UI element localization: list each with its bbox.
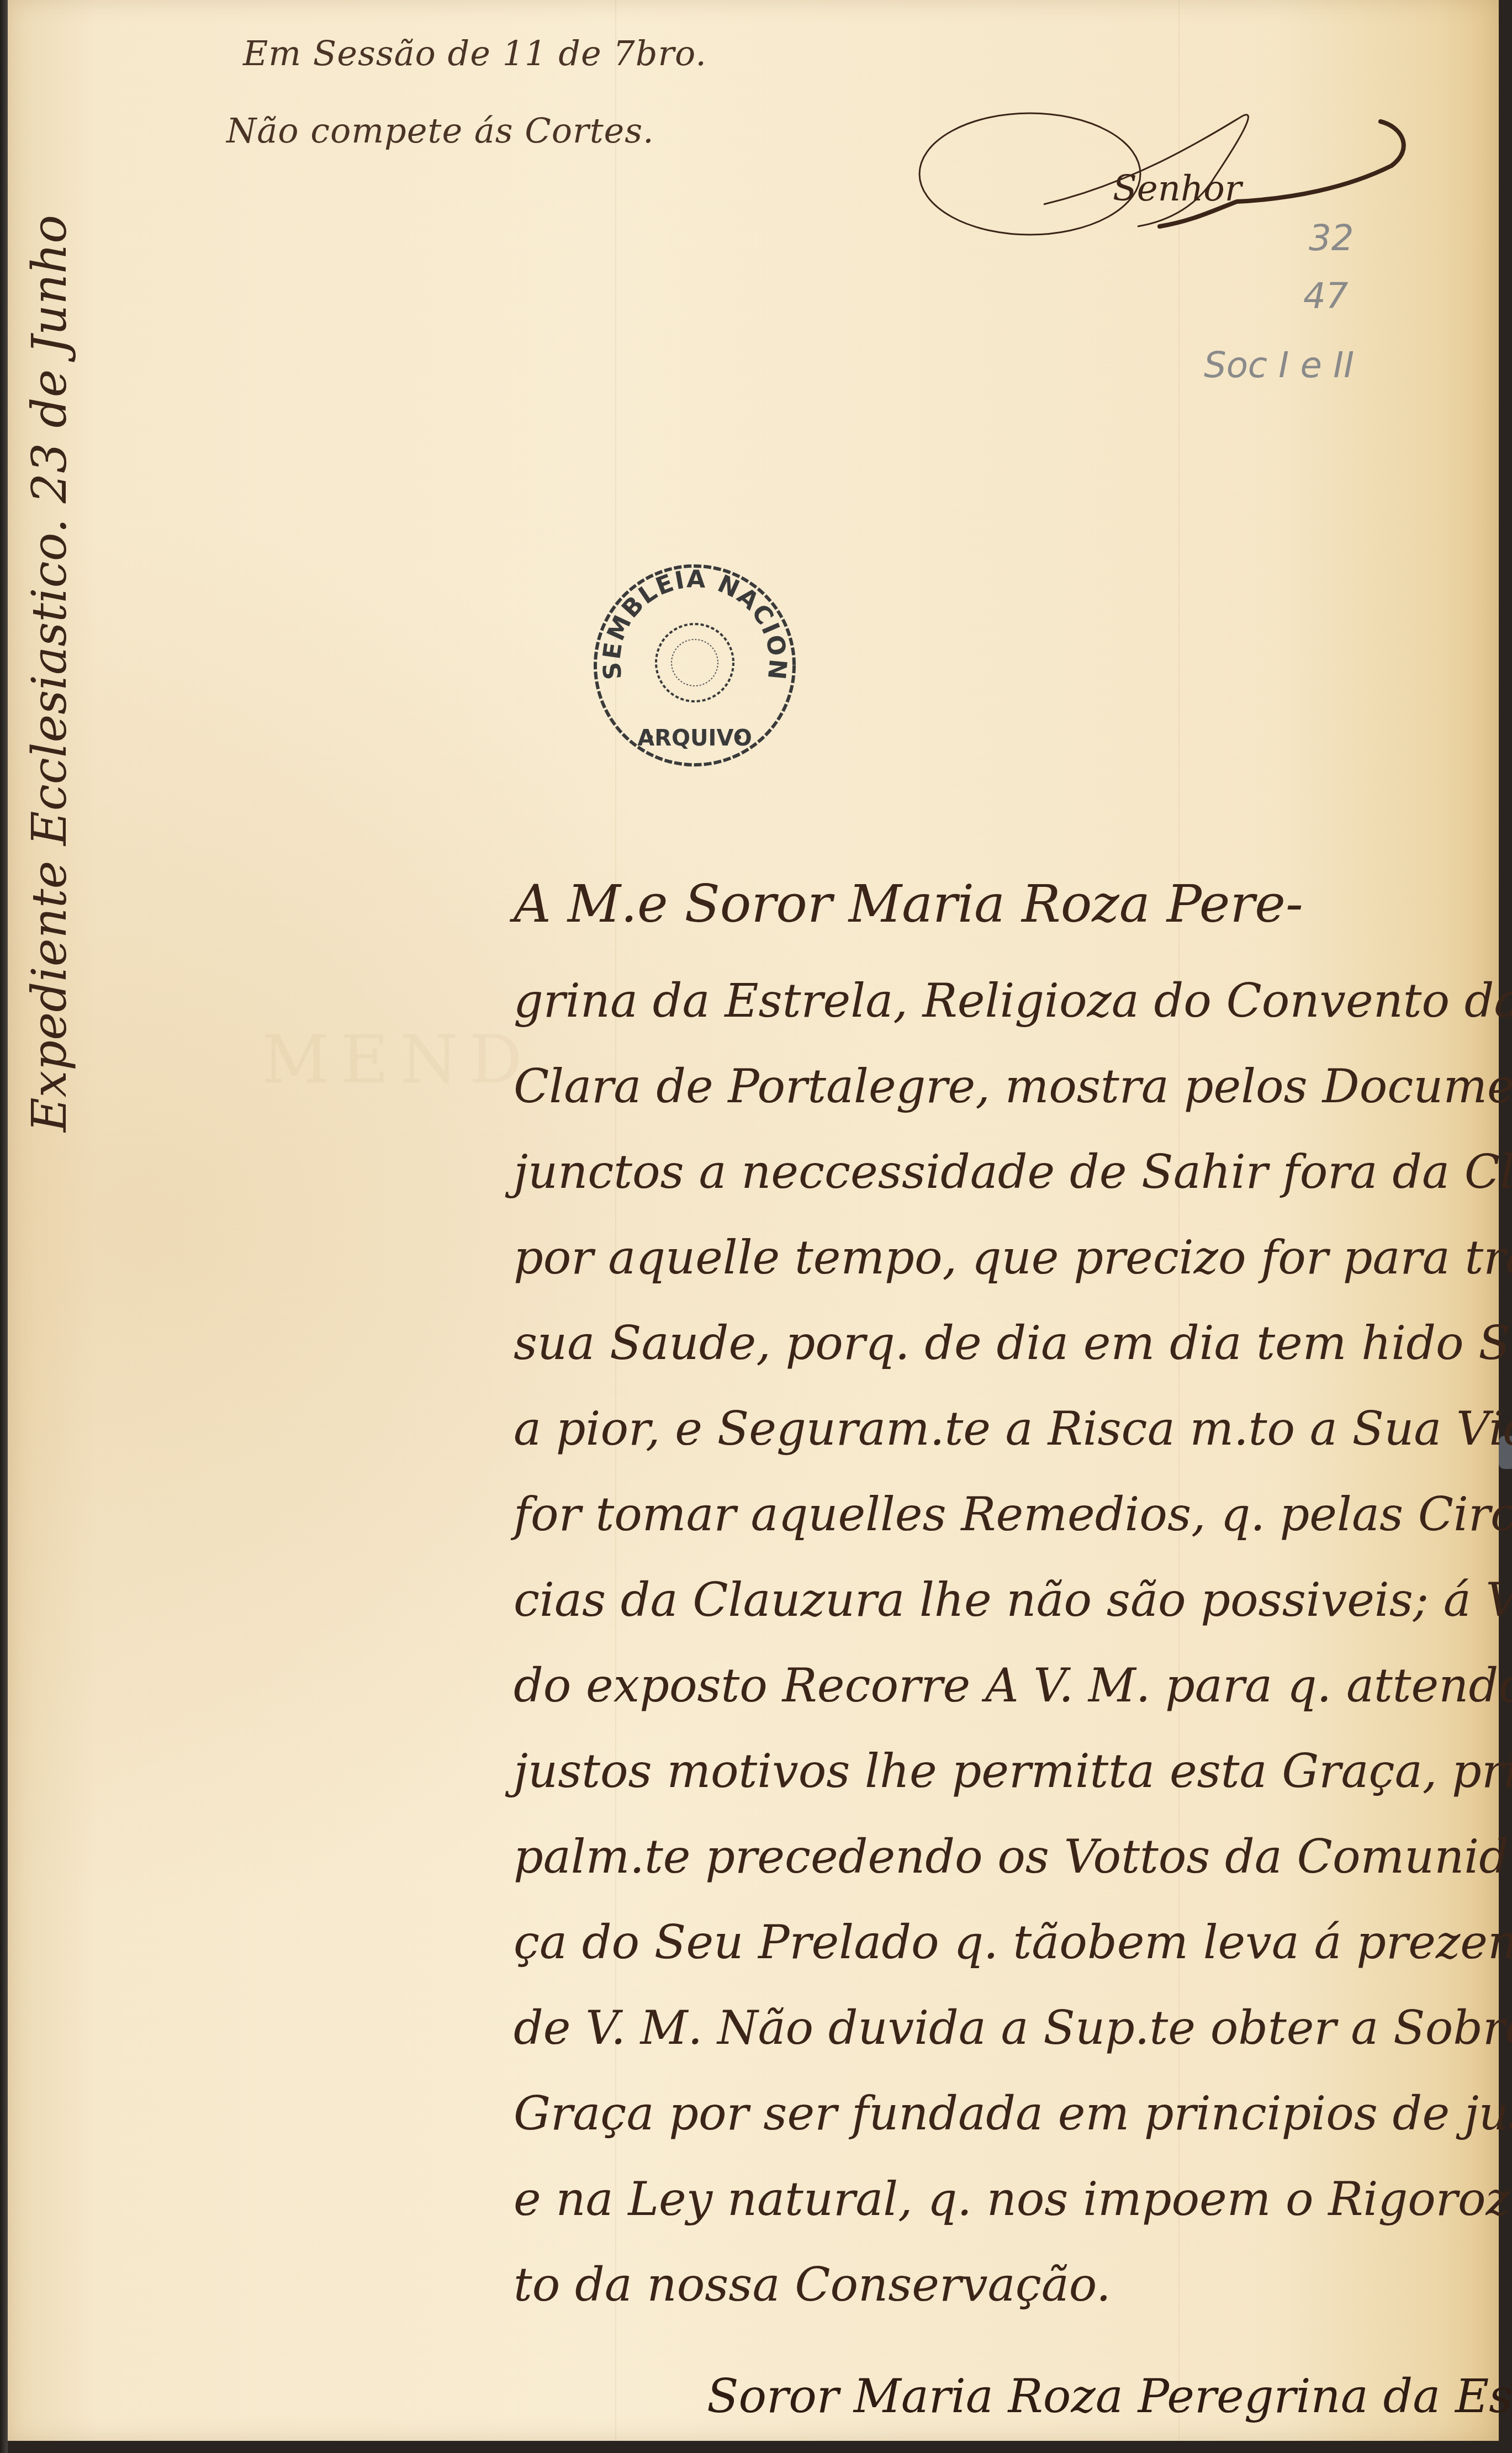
body-line: to da nossa Conservação. (514, 2242, 1508, 2328)
body-line: A M.e Soror Maria Roza Pere- (514, 850, 1508, 958)
paper-watermark: MEND (262, 1022, 533, 1098)
body-line: palm.te precedendo os Vottos da Comunid.… (514, 1814, 1508, 1900)
decision-note: Não compete ás Cortes. (226, 110, 654, 151)
body-line: e na Ley natural, q. nos impoem o Rigoro… (514, 2156, 1508, 2242)
body-line: por aquelle tempo, que precizo for para … (514, 1215, 1508, 1300)
scan-left-edge (0, 0, 8, 2453)
body-line: ça do Seu Prelado q. tãobem leva á preze… (514, 1900, 1508, 1985)
body-line: Clara de Portalegre, mostra pelos Docume… (514, 1044, 1508, 1129)
body-line: for tomar aquelles Remedios, q. pelas Ci… (514, 1472, 1508, 1557)
body-line: justos motivos lhe permitta esta Graça, … (514, 1728, 1508, 1814)
petition-body: A M.e Soror Maria Roza Pere- grina da Es… (514, 850, 1508, 2328)
body-line: Graça por ser fundada em principios de j… (514, 2071, 1508, 2156)
marginal-note: Expediente Ecclesiastico. 23 de Junho (22, 215, 77, 1132)
salutation: Senhor (1113, 168, 1241, 209)
signature: Soror Maria Roza Peregrina da Estrella (707, 2369, 1512, 2423)
body-line: sua Saude, porq. de dia em dia tem hido … (514, 1300, 1508, 1386)
body-line: de V. M. Não duvida a Sup.te obter a Sob… (514, 1985, 1508, 2071)
pencil-mark-section: Soc I e II (1204, 345, 1354, 386)
body-line: junctos a neccessidade de Sahir fora da … (514, 1129, 1508, 1215)
body-line: grina da Estrela, Religioza do Convento … (514, 958, 1508, 1044)
svg-text:ASSEMBLEIA NACIONAL: ASSEMBLEIA NACIONAL (584, 555, 792, 682)
archive-stamp-icon: ASSEMBLEIA NACIONAL ARQUIVO (584, 555, 805, 776)
body-line: a pior, e Seguram.te a Risca m.to a Sua … (514, 1386, 1508, 1472)
session-note: Em Sessão de 11 de 7bro. (243, 33, 707, 73)
body-line: cias da Clauzura lhe não são possiveis; … (514, 1557, 1508, 1643)
stamp-bottom-text: ARQUIVO (637, 726, 752, 751)
pencil-mark-number: 47 (1303, 276, 1348, 317)
pencil-mark-number: 32 (1309, 218, 1354, 259)
body-line: do exposto Recorre A V. M. para q. atten… (514, 1643, 1508, 1728)
